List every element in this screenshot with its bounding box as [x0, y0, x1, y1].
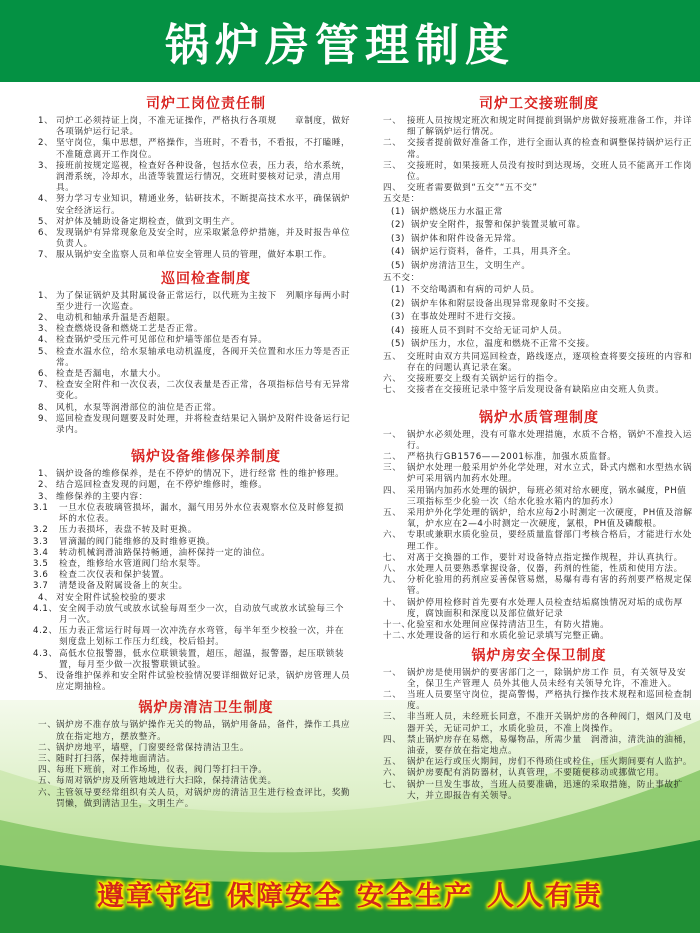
rules-list: 一、锅炉水必须处理，没有可靠水处理措施，水质不合格，锅炉不准投入运行。二、严格执… — [383, 430, 695, 643]
slogan-phrase: 遵章守纪 — [97, 874, 213, 913]
rule-item: 五、锅炉在运行或压火期间，房们不得琐住或栓住，压火期间要有人监护。 — [383, 757, 695, 768]
rule-item: 五、交班时由双方共同巡回检查，路线逐点，逐项检查将要交接班的内容和存在的问题认真… — [383, 352, 695, 374]
rule-text: 锅炉安全附件，报警和保护装置灵敏可靠。 — [411, 219, 695, 233]
rule-number: (2) — [391, 298, 411, 312]
rule-number: 二、 — [383, 138, 407, 160]
rule-number: 十、 — [383, 598, 407, 620]
rule-number: 4.2、 — [33, 626, 59, 648]
rule-item: 3.5检查，维修给水管道阀门给水泵等。 — [60, 559, 352, 570]
rule-item: 三、随时打扫落，保持地面清洁。 — [60, 754, 352, 765]
rule-number: 十二、 — [383, 631, 407, 642]
rule-text: 每周对锅炉房及所管地域进行大扫除，保持清洁优美。 — [56, 776, 352, 787]
rules-section: 司炉工岗位责任制1、司炉工必须持证上岗，不准无证操作，严格执行各项规 章制度，做… — [60, 95, 352, 262]
rule-number: 4、 — [38, 335, 56, 346]
rule-text: 司炉工必须持证上岗，不准无证操作，严格执行各项规 章制度，做好各项锅炉运行记录。 — [56, 116, 352, 138]
rule-text: 努力学习专业知识，精通业务，钻研技术，不断提高技术水平，确保锅炉安全经济运行。 — [56, 194, 352, 216]
rule-text: 交接者在交接班记录中签字后发现设备有缺陷应由交班人负责。 — [407, 385, 695, 396]
rules-list: 1、锅炉设备的维修保养，是在不停炉的情况下，进行经常 性的维护修理。2、结合巡回… — [60, 469, 352, 693]
rule-text: 采用锅内加药水处理的锅炉，每班必须对给水硬度，锅水碱度，PH值三项指标至少化验一… — [407, 486, 695, 508]
rule-number: 5、 — [38, 217, 56, 228]
rule-number: 三、 — [383, 161, 407, 183]
rules-list: 一、锅炉房不准存放与锅炉操作无关的物品，锅炉用备品，备件，操作工具应放在指定地方… — [60, 720, 352, 810]
rule-text: 检查安全附件和一次仪表，二次仪表量是否正常，各项指标信号有无异常变化。 — [56, 380, 352, 402]
rule-item: 二、当班人员要坚守岗位，提高警惕，严格执行操作技术规程和巡回检查制度。 — [383, 690, 695, 712]
rule-item: (5)锅炉压力，水位，温度和燃烧不正常不交接。 — [383, 338, 695, 352]
rule-item: 7、服从锅炉安全监察人员和单位安全管理人员的管理，做好本职工作。 — [60, 250, 352, 261]
rule-item: (3)锅炉体和附件设备无异常。 — [383, 233, 695, 247]
rule-number: (1) — [391, 284, 411, 298]
rule-item: 八、水处理人员要熟悉掌握设备，仪器，药剂的性能，性质和使用方法。 — [383, 564, 695, 575]
content-area: 司炉工岗位责任制1、司炉工必须持证上岗，不准无证操作，严格执行各项规 章制度，做… — [0, 82, 700, 862]
rule-number: 五、 — [38, 776, 56, 787]
rule-text: 锅炉在运行或压火期间，房们不得琐住或栓住，压火期间要有人监护。 — [407, 757, 695, 768]
rule-number: 9、 — [38, 414, 56, 436]
rule-number: 四、 — [383, 735, 407, 757]
rule-number: (3) — [391, 233, 411, 247]
rule-item: 三、交接班时，如果接班人员没有按时到达现场，交班人员不能离开工作岗位。 — [383, 161, 695, 183]
rule-number: 8、 — [38, 403, 56, 414]
rules-section: 锅炉房清洁卫生制度一、锅炉房不准存放与锅炉操作无关的物品，锅炉用备品，备件，操作… — [60, 699, 352, 810]
rule-text: 高低水位报警器，低水位联锁装置，超压，超温，报警器，起压联锁装置，每月至少做一次… — [59, 649, 352, 671]
rule-number: 3.4 — [33, 548, 59, 559]
poster: 锅炉房管理制度 司炉工岗位责任制1、司炉工必须持证上岗，不准无证操作，严格执行各… — [0, 0, 700, 933]
rules-section: 司炉工交接班制度一、接班人员按规定班次和规定时间提前到锅炉房做好接班准备工作，并… — [383, 95, 695, 397]
rule-text: 维修保养的主要内容： — [56, 492, 352, 503]
rule-text: 对离于交换器的工作，要针对设备特点指定操作规程，并认真执行。 — [407, 553, 695, 564]
rule-text: 检查锅炉受压元件可见部位和炉墙等部位是否有异。 — [56, 335, 352, 346]
section-title: 锅炉房安全保卫制度 — [383, 647, 695, 665]
rule-text: 检查是否漏电，水量大小。 — [56, 369, 352, 380]
rule-number: 3.1 — [33, 503, 59, 525]
rule-item: 1、为了保证锅炉及其附属设备正常运行，以代班为主按下 列顺序每两小时至少进行一次… — [60, 291, 352, 313]
rule-text: 发现锅炉有异常现象危及安全时，应采取紧急停炉措施，并及时报告单位负责人。 — [56, 228, 352, 250]
rule-item: 六、锅炉房要配有消防器材，认真管理，不要随便移动或挪做它用。 — [383, 768, 695, 779]
rule-item: 二、交接者提前做好准备工作，进行全面认真的检查和调整保持锅炉运行正常。 — [383, 138, 695, 160]
rule-item: 五不交： — [383, 273, 695, 284]
rule-item: (2)锅炉安全附件，报警和保护装置灵敏可靠。 — [383, 219, 695, 233]
section-title: 锅炉水质管理制度 — [383, 409, 695, 427]
rules-section: 锅炉水质管理制度一、锅炉水必须处理，没有可靠水处理措施，水质不合格，锅炉不准投入… — [383, 409, 695, 643]
rule-item: 十二、水处理设备的运行和水质化验记录填写完整正确。 — [383, 631, 695, 642]
rule-text: 锅炉水必须处理，没有可靠水处理措施，水质不合格，锅炉不准投入运行。 — [407, 430, 695, 452]
rules-section: 巡回检查制度1、为了保证锅炉及其附属设备正常运行，以代班为主按下 列顺序每两小时… — [60, 270, 352, 437]
right-column: 司炉工交接班制度一、接班人员按规定班次和规定时间提前到锅炉房做好接班准备工作，并… — [383, 82, 695, 802]
rule-number: 四、 — [383, 486, 407, 508]
rule-item: 8、风机，水泵等润滑部位的油位是否正常。 — [60, 403, 352, 414]
rule-item: 四、采用锅内加药水处理的锅炉，每班必须对给水硬度，锅水碱度，PH值三项指标至少化… — [383, 486, 695, 508]
rule-number: (5) — [391, 338, 411, 352]
rule-item: 5、检查水温水位，给水泵轴承电动机温度，各阀开关位置和水压力等是否正常。 — [60, 347, 352, 369]
rule-text: 交班时由双方共同巡回检查，路线逐点，逐项检查将要交接班的内容和存在的问题认真记录… — [407, 352, 695, 374]
rule-item: 十、锅炉停用检修时首先要有水处理人员检查结垢腐蚀情况对垢的成伤厚度，腐蚀面积和深… — [383, 598, 695, 620]
rule-number: 3.5 — [33, 559, 59, 570]
rule-text: 交接者提前做好准备工作，进行全面认真的检查和调整保持锅炉运行正常。 — [407, 138, 695, 160]
rule-number: 四、 — [383, 183, 407, 194]
rule-text: 检查，维修给水管道阀门给水泵等。 — [59, 559, 352, 570]
rule-item: 3.4转动机械润滑油路保持畅通，油杯保持一定的油位。 — [60, 548, 352, 559]
rule-text: 锅炉车体和附层设备出现异常现象时不交接。 — [411, 298, 695, 312]
rule-text: 在事故处理时不进行交接。 — [411, 311, 695, 325]
rule-number: 3、 — [38, 161, 56, 195]
rule-text: 锅炉压力，水位，温度和燃烧不正常不交接。 — [411, 338, 695, 352]
header-banner: 锅炉房管理制度 — [0, 0, 700, 82]
rule-item: 七、交接者在交接班记录中签字后发现设备有缺陷应由交班人负责。 — [383, 385, 695, 396]
rule-text: 锅炉设备的维修保养，是在不停炉的情况下，进行经常 性的维护修理。 — [56, 469, 352, 480]
rule-number: 六、 — [383, 530, 407, 552]
rule-item: 2、电动机和轴承升温是否超限。 — [60, 313, 352, 324]
rule-number: 一、 — [383, 430, 407, 452]
rule-number: 二、 — [38, 743, 56, 754]
rule-item: 1、锅炉设备的维修保养，是在不停炉的情况下，进行经常 性的维护修理。 — [60, 469, 352, 480]
rule-item: 3、检查燃烧设备和燃烧工艺是否正常。 — [60, 324, 352, 335]
rule-item: 一、锅炉房是使用锅炉的要害部门之一，除锅炉房工作 员，有关领导及安全，保卫生产管… — [383, 668, 695, 690]
rule-text: 分析化验用的药剂应妥善保管易燃，易爆有毒有害的药剂要严格规定保管。 — [407, 575, 695, 597]
rule-text: 锅炉房是使用锅炉的要害部门之一，除锅炉房工作 员，有关领导及安全，保卫生产管理人… — [407, 668, 695, 690]
rule-text: 专职或兼职水质化验员，要经质量监督部门考核合格后，才能进行水处理工作。 — [407, 530, 695, 552]
rule-number: 5、 — [38, 347, 56, 369]
rule-item: 四、禁止锅炉房存在易燃，易爆物品，所需少量 润滑油，清洗油的油桶，油壶，要存放在… — [383, 735, 695, 757]
rule-item: 7、检查安全附件和一次仪表，二次仪表量是否正常，各项指标信号有无异常变化。 — [60, 380, 352, 402]
rule-text: 风机，水泵等润滑部位的油位是否正常。 — [56, 403, 352, 414]
rule-item: (2)锅炉车体和附层设备出现异常现象时不交接。 — [383, 298, 695, 312]
slogan-phrase: 人人有责 — [487, 874, 603, 913]
rules-list: 1、司炉工必须持证上岗，不准无证操作，严格执行各项规 章制度，做好各项锅炉运行记… — [60, 116, 352, 262]
rule-number: 4、 — [38, 593, 56, 604]
rule-text: 锅炉房清洁卫生，文明生产。 — [411, 260, 695, 274]
rule-number: 2、 — [38, 138, 56, 160]
rule-text: 锅炉体和附件设备无异常。 — [411, 233, 695, 247]
rule-item: 七、锅炉一旦发生事故，当班人员要准确，迅速的采取措施，防止事故扩大，并立即报告有… — [383, 780, 695, 802]
rule-item: 一、接班人员按规定班次和规定时间提前到锅炉房做好接班准备工作，并详细了解锅炉运行… — [383, 116, 695, 138]
slogan-banner: 遵章守纪 保障安全 安全生产 人人有责 — [0, 868, 700, 918]
rule-item: 四、每班下班前，对工作场地，仪表，阀门等打扫干净。 — [60, 765, 352, 776]
rule-number: 一、 — [383, 116, 407, 138]
rule-item: 3.7清楚设备及附属设备上的灰尘。 — [60, 581, 352, 592]
rule-text: 电动机和轴承升温是否超限。 — [56, 313, 352, 324]
rule-text: 巡回检查发现问题要及时处理，并将检查结果记入锅炉及附件设备运行记录内。 — [56, 414, 352, 436]
rule-item: 4、检查锅炉受压元件可见部位和炉墙等部位是否有异。 — [60, 335, 352, 346]
rule-item: 3.2压力表损坏，表盘不转及时更换。 — [60, 525, 352, 536]
rule-text: 交班者需要做到“五交”“五不交” — [407, 183, 695, 194]
rule-item: 2、结合巡回检查发现的问题，在不停炉维修时，维修。 — [60, 480, 352, 491]
section-title: 锅炉房清洁卫生制度 — [60, 699, 352, 717]
rule-item: 六、交接班要交上级有关锅炉运行的指令。 — [383, 374, 695, 385]
rule-text: 冒滴漏的阀门能维修的及时维修更换。 — [59, 537, 352, 548]
rule-item: 一、锅炉房不准存放与锅炉操作无关的物品，锅炉用备品，备件，操作工具应放在指定地方… — [60, 720, 352, 742]
rule-item: 3.3冒滴漏的阀门能维修的及时维修更换。 — [60, 537, 352, 548]
rule-number: 七、 — [383, 553, 407, 564]
rule-text: 每班下班前，对工作场地，仪表，阀门等打扫干净。 — [56, 765, 352, 776]
rule-text: 转动机械润滑油路保持畅通，油杯保持一定的油位。 — [59, 548, 352, 559]
rule-number: 一、 — [38, 720, 56, 742]
rule-number: 4、 — [38, 194, 56, 216]
rule-item: 五、采用炉外化学处理的锅炉，给水应每2小时测定一次硬度，PH值及溶解氧，炉水应在… — [383, 508, 695, 530]
section-title: 巡回检查制度 — [60, 270, 352, 288]
rule-number: 7、 — [38, 380, 56, 402]
rule-item: 4、对安全附件试验校验的要求 — [60, 593, 352, 604]
rules-list: 一、接班人员按规定班次和规定时间提前到锅炉房做好接班准备工作，并详细了解锅炉运行… — [383, 116, 695, 397]
rule-item: 五交是： — [383, 194, 695, 205]
page-title: 锅炉房管理制度 — [165, 9, 515, 73]
rule-text: 交接班要交上级有关锅炉运行的指令。 — [407, 374, 695, 385]
rule-text: 当班人员要坚守岗位，提高警惕，严格执行操作技术规程和巡回检查制度。 — [407, 690, 695, 712]
rule-text: 水处理人员要熟悉掌握设备，仪器，药剂的性能，性质和使用方法。 — [407, 564, 695, 575]
rule-number: (5) — [391, 260, 411, 274]
rule-text: 化验室和水处理间应保持清洁卫生，有防火措施。 — [407, 620, 695, 631]
rule-number: 3.7 — [33, 581, 59, 592]
rule-number: 九、 — [383, 575, 407, 597]
rule-text: 五不交： — [383, 273, 695, 284]
rule-text: 服从锅炉安全监察人员和单位安全管理人员的管理，做好本职工作。 — [56, 250, 352, 261]
rule-number: 三、 — [383, 712, 407, 734]
rule-item: 九、分析化验用的药剂应妥善保管易燃，易爆有毒有害的药剂要严格规定保管。 — [383, 575, 695, 597]
rule-text: 交接班时，如果接班人员没有按时到达现场，交班人员不能离开工作岗位。 — [407, 161, 695, 183]
rule-text: 对安全附件试验校验的要求 — [56, 593, 352, 604]
rule-number: 7、 — [38, 250, 56, 261]
rule-number: 5、 — [38, 671, 56, 693]
rule-number: 二、 — [383, 690, 407, 712]
rule-number: 3、 — [38, 324, 56, 335]
rule-text: 锅炉房要配有消防器材，认真管理，不要随便移动或挪做它用。 — [407, 768, 695, 779]
rule-text: 检查水温水位，给水泵轴承电动机温度，各阀开关位置和水压力等是否正常。 — [56, 347, 352, 369]
rule-item: (4)接班人员不到时不交给无证司炉人员。 — [383, 325, 695, 339]
rule-item: (1)锅炉燃烧压力水温正常 — [383, 206, 695, 220]
rule-item: 3、接班前按规定巡视，检查好各种设备，包括水位表，压力表，给水系统，润滑系统，冷… — [60, 161, 352, 195]
rule-number: 三、 — [38, 754, 56, 765]
rule-number: (1) — [391, 206, 411, 220]
rule-number: (3) — [391, 311, 411, 325]
rule-item: 2、坚守岗位，集中思想，严格操作，当班时，不看书，不看报，不打瞌睡，不准随意离开… — [60, 138, 352, 160]
rule-text: 非当班人员，未经班长同意，不准开关锅炉房的各种阀门，烟风门及电器开关，无证司炉工… — [407, 712, 695, 734]
section-title: 司炉工岗位责任制 — [60, 95, 352, 113]
rule-item: 七、对离于交换器的工作，要针对设备特点指定操作规程，并认真执行。 — [383, 553, 695, 564]
rule-text: 锅炉运行资料，备件，工具，用具齐全。 — [411, 246, 695, 260]
rule-item: 三、锅炉水处理一般采用炉外化学处理，对水立式，卧式内燃和水型热水锅炉可采用锅内加… — [383, 463, 695, 485]
rules-list: 1、为了保证锅炉及其附属设备正常运行，以代班为主按下 列顺序每两小时至少进行一次… — [60, 291, 352, 437]
rule-text: 压力表正常运行时每周一次冲洗存水弯管，每半年至少校验一次，并在刻度盘上划标工作压… — [59, 626, 352, 648]
rule-number: 六、 — [38, 788, 56, 810]
slogan-phrase: 安全生产 — [357, 874, 473, 913]
rule-text: 锅炉燃烧压力水温正常 — [411, 206, 695, 220]
rule-number: 二、 — [383, 452, 407, 463]
rule-number: 五、 — [383, 352, 407, 374]
rule-text: 锅炉房不准存放与锅炉操作无关的物品，锅炉用备品，备件，操作工具应放在指定地方，摆… — [56, 720, 352, 742]
rule-number: 1、 — [38, 291, 56, 313]
rule-text: 结合巡回检查发现的问题，在不停炉维修时，维修。 — [56, 480, 352, 491]
rule-number: 六、 — [383, 374, 407, 385]
rule-text: 锅炉一旦发生事故，当班人员要准确，迅速的采取措施，防止事故扩大，并立即报告有关领… — [407, 780, 695, 802]
rule-text: 不交给喝酒和有病的司炉人员。 — [411, 284, 695, 298]
rule-item: 四、交班者需要做到“五交”“五不交” — [383, 183, 695, 194]
rule-number: (4) — [391, 246, 411, 260]
rule-item: 3、维修保养的主要内容： — [60, 492, 352, 503]
rule-item: 6、发现锅炉有异常现象危及安全时，应采取紧急停炉措施，并及时报告单位负责人。 — [60, 228, 352, 250]
rule-item: 二、严格执行GB1576——2001标准，加强水质监督。 — [383, 452, 695, 463]
rule-item: (1)不交给喝酒和有病的司炉人员。 — [383, 284, 695, 298]
rule-number: 4.3、 — [33, 649, 59, 671]
rule-item: (3)在事故处理时不进行交接。 — [383, 311, 695, 325]
rule-text: 压力表损坏，表盘不转及时更换。 — [59, 525, 352, 536]
rule-number: 3.2 — [33, 525, 59, 536]
rule-item: 十一、化验室和水处理间应保持清洁卫生，有防火措施。 — [383, 620, 695, 631]
rule-text: 检查燃烧设备和燃烧工艺是否正常。 — [56, 324, 352, 335]
rule-number: 6、 — [38, 369, 56, 380]
rule-text: 水处理设备的运行和水质化验记录填写完整正确。 — [407, 631, 695, 642]
rule-text: 禁止锅炉房存在易燃，易爆物品，所需少量 润滑油，清洗油的油桶，油壶，要存放在指定… — [407, 735, 695, 757]
rules-section: 锅炉设备维修保养制度1、锅炉设备的维修保养，是在不停炉的情况下，进行经常 性的维… — [60, 448, 352, 693]
rule-number: 五、 — [383, 757, 407, 768]
rule-number: 3.3 — [33, 537, 59, 548]
rule-number: 七、 — [383, 385, 407, 396]
rule-text: 设备维护保养和安全附件试验校验情况要详细做好记录，锅炉房管理人员应定期抽检。 — [56, 671, 352, 693]
section-title: 司炉工交接班制度 — [383, 95, 695, 113]
rule-text: 随时打扫落，保持地面清洁。 — [56, 754, 352, 765]
rule-number: (2) — [391, 219, 411, 233]
rule-text: 锅炉停用检修时首先要有水处理人员检查结垢腐蚀情况对垢的成伤厚度，腐蚀面积和深度以… — [407, 598, 695, 620]
rule-number: 2、 — [38, 313, 56, 324]
rule-item: 二、锅炉房地平，墙壁，门窗要经常保持清洁卫生。 — [60, 743, 352, 754]
rule-text: 为了保证锅炉及其附属设备正常运行，以代班为主按下 列顺序每两小时至少进行一次巡查… — [56, 291, 352, 313]
rule-item: (5)锅炉房清洁卫生，文明生产。 — [383, 260, 695, 274]
rule-item: 4、努力学习专业知识，精通业务，钻研技术，不断提高技术水平，确保锅炉安全经济运行… — [60, 194, 352, 216]
rule-item: 3.1一旦水位表玻璃管损坏，漏水，漏气用另外水位表观察水位及时修复损坏的水位表。 — [60, 503, 352, 525]
rule-number: 一、 — [383, 668, 407, 690]
rule-text: 主管领导要经常组织有关人员，对锅炉房的清洁卫生进行检查评比，奖勤罚懒，做到清洁卫… — [56, 788, 352, 810]
rule-number: 1、 — [38, 116, 56, 138]
rule-text: 锅炉房地平，墙壁，门窗要经常保持清洁卫生。 — [56, 743, 352, 754]
rule-number: 1、 — [38, 469, 56, 480]
rule-number: 十一、 — [383, 620, 407, 631]
rule-text: 清楚设备及附属设备上的灰尘。 — [59, 581, 352, 592]
rule-item: 3.6检查二次仪表和保护装置。 — [60, 570, 352, 581]
rule-item: 4.2、压力表正常运行时每周一次冲洗存水弯管，每半年至少校验一次，并在刻度盘上划… — [60, 626, 352, 648]
rule-item: 5、设备维护保养和安全附件试验校验情况要详细做好记录，锅炉房管理人员应定期抽检。 — [60, 671, 352, 693]
rule-text: 坚守岗位，集中思想，严格操作，当班时，不看书，不看报，不打瞌睡，不准随意离开工作… — [56, 138, 352, 160]
rule-number: 七、 — [383, 780, 407, 802]
rule-item: 六、主管领导要经常组织有关人员，对锅炉房的清洁卫生进行检查评比，奖勤罚懒，做到清… — [60, 788, 352, 810]
rule-text: 严格执行GB1576——2001标准，加强水质监督。 — [407, 452, 695, 463]
rule-item: 5、对炉体及辅助设备定期检查，做到文明生产。 — [60, 217, 352, 228]
rule-item: 1、司炉工必须持证上岗，不准无证操作，严格执行各项规 章制度，做好各项锅炉运行记… — [60, 116, 352, 138]
left-column: 司炉工岗位责任制1、司炉工必须持证上岗，不准无证操作，严格执行各项规 章制度，做… — [60, 82, 352, 810]
rule-text: 接班前按规定巡视，检查好各种设备，包括水位表，压力表，给水系统，润滑系统，冷却水… — [56, 161, 352, 195]
rule-text: 安全阀手动放气或放水试验每周至少一次，自动放气或放水试验每三个月一次。 — [59, 604, 352, 626]
rule-item: 6、检查是否漏电，水量大小。 — [60, 369, 352, 380]
slogan-phrase: 保障安全 — [227, 874, 343, 913]
rule-text: 五交是： — [383, 194, 695, 205]
rule-number: 3.6 — [33, 570, 59, 581]
rule-number: 3、 — [38, 492, 56, 503]
rule-number: 2、 — [38, 480, 56, 491]
rule-text: 锅炉水处理一般采用炉外化学处理，对水立式，卧式内燃和水型热水锅炉可采用锅内加药水… — [407, 463, 695, 485]
rules-section: 锅炉房安全保卫制度一、锅炉房是使用锅炉的要害部门之一，除锅炉房工作 员，有关领导… — [383, 647, 695, 802]
rule-text: 接班人员不到时不交给无证司炉人员。 — [411, 325, 695, 339]
rule-text: 检查二次仪表和保护装置。 — [59, 570, 352, 581]
rule-number: 4.1、 — [33, 604, 59, 626]
rule-item: 六、专职或兼职水质化验员，要经质量监督部门考核合格后，才能进行水处理工作。 — [383, 530, 695, 552]
rule-item: 4.3、高低水位报警器，低水位联锁装置，超压，超温，报警器，起压联锁装置，每月至… — [60, 649, 352, 671]
rules-list: 一、锅炉房是使用锅炉的要害部门之一，除锅炉房工作 员，有关领导及安全，保卫生产管… — [383, 668, 695, 802]
rule-number: 四、 — [38, 765, 56, 776]
rule-text: 接班人员按规定班次和规定时间提前到锅炉房做好接班准备工作，并详细了解锅炉运行情况… — [407, 116, 695, 138]
rule-number: 六、 — [383, 768, 407, 779]
rule-number: 八、 — [383, 564, 407, 575]
rule-number: 五、 — [383, 508, 407, 530]
rule-number: (4) — [391, 325, 411, 339]
rule-text: 采用炉外化学处理的锅炉，给水应每2小时测定一次硬度，PH值及溶解氧，炉水应在2—… — [407, 508, 695, 530]
rule-number: 三、 — [383, 463, 407, 485]
section-title: 锅炉设备维修保养制度 — [60, 448, 352, 466]
rule-item: 三、非当班人员，未经班长同意，不准开关锅炉房的各种阀门，烟风门及电器开关，无证司… — [383, 712, 695, 734]
rule-item: (4)锅炉运行资料，备件，工具，用具齐全。 — [383, 246, 695, 260]
rule-item: 一、锅炉水必须处理，没有可靠水处理措施，水质不合格，锅炉不准投入运行。 — [383, 430, 695, 452]
rule-number: 6、 — [38, 228, 56, 250]
rule-text: 一旦水位表玻璃管损坏，漏水，漏气用另外水位表观察水位及时修复损坏的水位表。 — [59, 503, 352, 525]
rule-item: 9、巡回检查发现问题要及时处理，并将检查结果记入锅炉及附件设备运行记录内。 — [60, 414, 352, 436]
rule-item: 五、每周对锅炉房及所管地域进行大扫除，保持清洁优美。 — [60, 776, 352, 787]
rule-text: 对炉体及辅助设备定期检查，做到文明生产。 — [56, 217, 352, 228]
rule-item: 4.1、安全阀手动放气或放水试验每周至少一次，自动放气或放水试验每三个月一次。 — [60, 604, 352, 626]
